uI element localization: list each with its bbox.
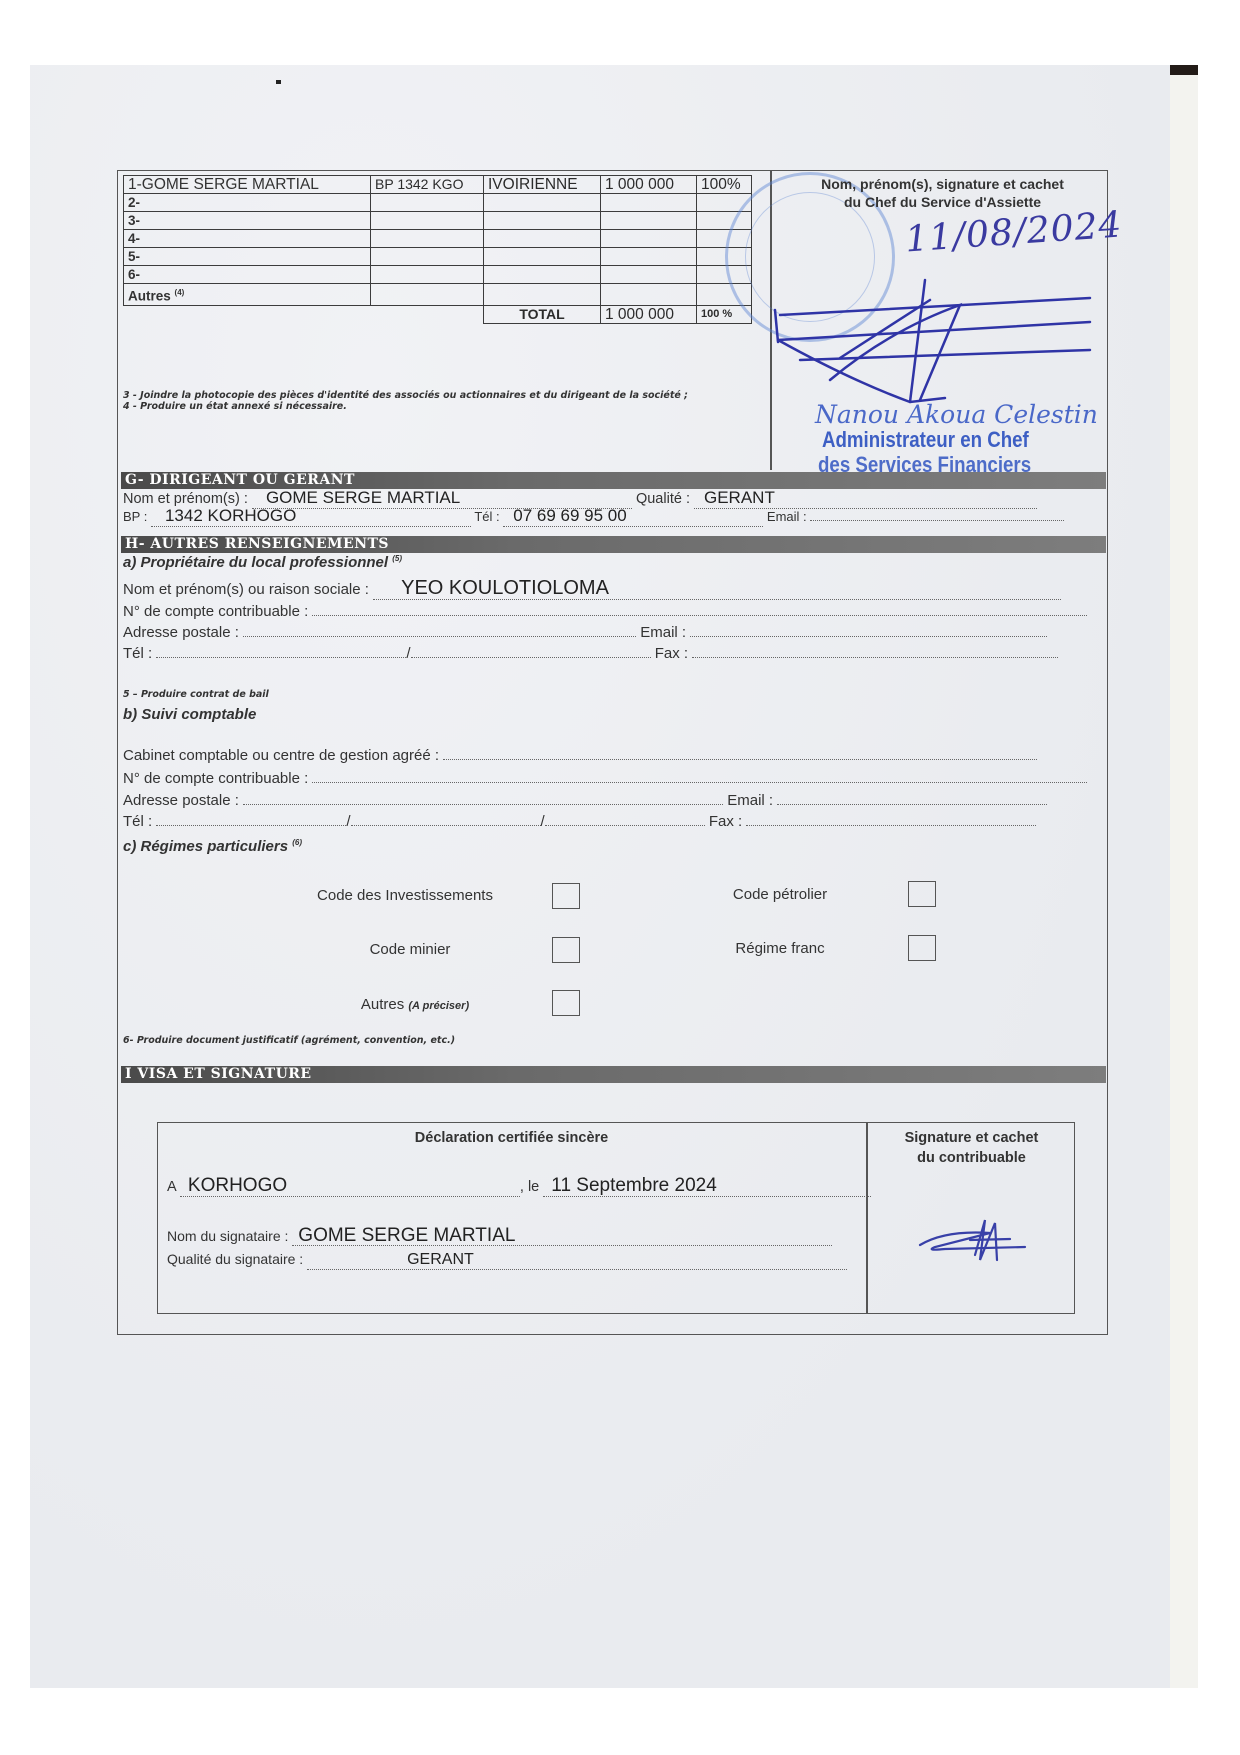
associate-name-cell-text: 2- — [128, 195, 140, 210]
manager-email-label: Email : — [767, 509, 807, 524]
declaration-date-field[interactable]: 11 Septembre 2024 — [543, 1175, 717, 1196]
associate-row: Autres (4) — [124, 284, 752, 306]
associate-amount-cell[interactable] — [601, 284, 697, 306]
associate-address-cell[interactable] — [371, 284, 484, 306]
associate-amount-cell-text: 1 000 000 — [605, 176, 674, 193]
associate-row: 2- — [124, 194, 752, 212]
owner-fax-field[interactable] — [692, 657, 1058, 658]
associate-name-cell: 6- — [124, 266, 371, 284]
chief-title-line1: Nom, prénom(s), signature et cachet — [790, 175, 1095, 193]
blank-cell — [371, 305, 484, 323]
accounting-tel-field-1[interactable] — [156, 825, 346, 826]
declaration-date-label: , le — [520, 1179, 539, 1195]
stamp-role-line2: des Services Financiers — [818, 452, 1031, 478]
associate-address-cell[interactable] — [371, 230, 484, 248]
declaration-place-label: A — [167, 1179, 176, 1195]
page-edge — [1170, 65, 1198, 1688]
owner-email-field[interactable] — [690, 636, 1047, 637]
owner-name-field[interactable]: YEO KOULOTIOLOMA — [373, 577, 609, 599]
accounting-fax-field[interactable] — [746, 825, 1036, 826]
scan-corner-shadow — [1170, 65, 1198, 75]
owner-account-row: N° de compte contribuable : — [123, 603, 1087, 621]
accounting-account-row: N° de compte contribuable : — [123, 770, 1087, 788]
associate-name-cell: 3- — [124, 212, 371, 230]
owner-name-row: Nom et prénom(s) ou raison sociale : YEO… — [123, 579, 1061, 600]
associate-address-cell[interactable] — [371, 212, 484, 230]
associate-percent-cell[interactable]: 100% — [697, 176, 752, 194]
taxpayer-signature-title: Signature et cachet du contribuable — [868, 1128, 1075, 1168]
owner-subtitle-text: a) Propriétaire du local professionnel — [123, 554, 388, 571]
owner-email-label: Email : — [640, 624, 686, 641]
chief-title-line2: du Chef du Service d'Assiette — [790, 193, 1095, 211]
signer-quality-field[interactable]: GERANT — [307, 1251, 474, 1268]
associate-nationality-cell[interactable] — [484, 230, 601, 248]
owner-tel-label: Tél : — [123, 645, 152, 662]
associates-notes: 3 - Joindre la photocopie des pièces d'i… — [123, 390, 743, 412]
taxpayer-signature-title-line1: Signature et cachet — [868, 1128, 1075, 1148]
associate-nationality-cell[interactable] — [484, 248, 601, 266]
associate-footnote-ref: (4) — [175, 288, 185, 297]
associate-row: 6- — [124, 266, 752, 284]
total-label: TOTAL — [484, 305, 601, 323]
regime-label-franc: Régime franc — [700, 940, 860, 957]
owner-name-label: Nom et prénom(s) ou raison sociale : — [123, 581, 369, 598]
manager-tel-field[interactable]: 07 69 69 95 00 — [503, 506, 626, 525]
associate-nationality-cell[interactable] — [484, 212, 601, 230]
regime-checkbox-investissements[interactable] — [552, 883, 580, 909]
taxpayer-signature-icon — [915, 1215, 1035, 1275]
associate-row: 3- — [124, 212, 752, 230]
associate-name-cell-text: Autres — [128, 289, 171, 304]
accounting-tel-field-2[interactable] — [351, 825, 541, 826]
accounting-address-field[interactable] — [243, 804, 723, 805]
owner-address-field[interactable] — [243, 636, 636, 637]
regimes-subtitle-sup: (6) — [292, 838, 302, 847]
associate-amount-cell[interactable] — [601, 194, 697, 212]
associate-row: 5- — [124, 248, 752, 266]
section-h-header: H- AUTRES RENSEIGNEMENTS — [121, 536, 1106, 553]
regimes-subtitle: c) Régimes particuliers (6) — [123, 838, 302, 855]
associate-amount-cell[interactable] — [601, 212, 697, 230]
associate-amount-cell[interactable] — [601, 230, 697, 248]
accounting-cabinet-field[interactable] — [443, 759, 1037, 760]
stamp-role-line1: Administrateur en Chef — [822, 427, 1029, 453]
associate-amount-cell[interactable]: 1 000 000 — [601, 176, 697, 194]
owner-subtitle: a) Propriétaire du local professionnel (… — [123, 554, 402, 571]
regime-label-investissements: Code des Investissements — [290, 887, 520, 904]
owner-tel-field-1[interactable] — [156, 657, 406, 658]
owner-fax-label: Fax : — [655, 645, 688, 662]
accounting-fax-label: Fax : — [709, 813, 742, 830]
manager-bp-label: BP : — [123, 509, 147, 524]
accounting-tel-label: Tél : — [123, 813, 152, 830]
associate-name-cell: 4- — [124, 230, 371, 248]
accounting-email-field[interactable] — [777, 804, 1047, 805]
associate-name-cell-text: 3- — [128, 213, 140, 228]
regime-checkbox-autres[interactable] — [552, 990, 580, 1016]
associate-name-cell: Autres (4) — [124, 284, 371, 306]
signer-quality-row: Qualité du signataire : GERANT — [167, 1250, 847, 1270]
signer-name-label: Nom du signataire : — [167, 1228, 288, 1244]
regime-label-autres-text: Autres — [361, 996, 404, 1013]
owner-account-field[interactable] — [312, 615, 1087, 616]
associates-total-row: TOTAL1 000 000100 % — [124, 305, 752, 323]
associate-name-cell-text: 4- — [128, 231, 140, 246]
section-i-header: I VISA ET SIGNATURE — [121, 1066, 1106, 1083]
scan-speck — [276, 80, 281, 84]
signer-name-row: Nom du signataire : GOME SERGE MARTIAL — [167, 1227, 832, 1246]
owner-tel-field-2[interactable] — [411, 657, 651, 658]
signer-name-field[interactable]: GOME SERGE MARTIAL — [292, 1225, 515, 1246]
associate-name-cell: 1-GOME SERGE MARTIAL — [124, 176, 371, 194]
associate-name-cell: 2- — [124, 194, 371, 212]
note-3: 3 - Joindre la photocopie des pièces d'i… — [123, 390, 743, 401]
blank-cell — [124, 305, 371, 323]
associates-table: 1-GOME SERGE MARTIALBP 1342 KGOIVOIRIENN… — [123, 175, 752, 324]
taxpayer-signature-title-line2: du contribuable — [868, 1148, 1075, 1168]
associate-name-cell-text: 6- — [128, 267, 140, 282]
owner-address-row: Adresse postale : Email : — [123, 624, 1047, 642]
manager-name-field[interactable]: GOME SERGE MARTIAL — [252, 488, 460, 507]
associate-nationality-cell[interactable] — [484, 284, 601, 306]
owner-address-label: Adresse postale : — [123, 624, 239, 641]
accounting-address-row: Adresse postale : Email : — [123, 792, 1047, 810]
associate-address-cell[interactable] — [371, 248, 484, 266]
accounting-tel-field-3[interactable] — [545, 825, 705, 826]
total-amount[interactable]: 1 000 000 — [601, 305, 697, 323]
manager-name-label: Nom et prénom(s) : — [123, 491, 248, 507]
associate-name-cell-text: 5- — [128, 249, 140, 264]
associate-nationality-cell[interactable] — [484, 266, 601, 284]
associate-amount-cell[interactable] — [601, 248, 697, 266]
regime-label-minier: Code minier — [330, 941, 490, 958]
accounting-address-label: Adresse postale : — [123, 792, 239, 809]
associate-row: 1-GOME SERGE MARTIALBP 1342 KGOIVOIRIENN… — [124, 176, 752, 194]
signer-quality-label: Qualité du signataire : — [167, 1251, 303, 1267]
manager-quality-label: Qualité : — [636, 491, 690, 507]
manager-tel-label: Tél : — [474, 509, 499, 524]
associate-address-cell[interactable] — [371, 194, 484, 212]
associate-amount-cell[interactable] — [601, 266, 697, 284]
associate-name-cell-text: 1-GOME SERGE MARTIAL — [128, 176, 319, 193]
regime-label-autres: Autres (A préciser) — [330, 996, 500, 1013]
regimes-note: 6- Produire document justificatif (agrém… — [123, 1035, 455, 1046]
associate-row: 4- — [124, 230, 752, 248]
chief-box-title: Nom, prénom(s), signature et cachet du C… — [790, 175, 1095, 211]
declaration-place-date-row: A KORHOGO, le 11 Septembre 2024 — [167, 1177, 871, 1197]
associate-address-cell[interactable] — [371, 266, 484, 284]
regime-checkbox-petrolier[interactable] — [908, 881, 936, 907]
note-4: 4 - Produire un état annexé si nécessair… — [123, 401, 743, 412]
owner-tel-row: Tél : / Fax : — [123, 645, 1058, 663]
associate-nationality-cell-text: IVOIRIENNE — [488, 176, 578, 193]
associate-address-cell-text: BP 1342 KGO — [375, 176, 463, 192]
associate-name-cell: 5- — [124, 248, 371, 266]
associate-nationality-cell[interactable]: IVOIRIENNE — [484, 176, 601, 194]
stamp-signatory-name: Nanou Akoua Celestin — [815, 400, 1098, 429]
accounting-account-label: N° de compte contribuable : — [123, 770, 308, 787]
owner-subtitle-sup: (5) — [392, 554, 402, 563]
chief-signature-icon — [770, 270, 1100, 420]
regime-checkbox-minier[interactable] — [552, 937, 580, 963]
accounting-cabinet-row: Cabinet comptable ou centre de gestion a… — [123, 747, 1037, 765]
owner-note: 5 – Produire contrat de bail — [123, 689, 269, 700]
owner-account-label: N° de compte contribuable : — [123, 603, 308, 620]
declaration-place-field[interactable]: KORHOGO — [180, 1175, 287, 1196]
regime-label-autres-note: (A préciser) — [408, 1000, 469, 1012]
regimes-subtitle-text: c) Régimes particuliers — [123, 838, 288, 855]
regime-label-petrolier: Code pétrolier — [700, 886, 860, 903]
accounting-tel-row: Tél : // Fax : — [123, 813, 1036, 831]
regime-checkbox-franc[interactable] — [908, 935, 936, 961]
declaration-title: Déclaration certifiée sincère — [157, 1130, 866, 1146]
accounting-subtitle: b) Suivi comptable — [123, 706, 256, 723]
accounting-cabinet-label: Cabinet comptable ou centre de gestion a… — [123, 747, 439, 764]
associate-percent-cell-text: 100% — [701, 176, 741, 193]
accounting-email-label: Email : — [727, 792, 773, 809]
manager-quality-field[interactable]: GERANT — [694, 488, 775, 507]
associate-nationality-cell[interactable] — [484, 194, 601, 212]
accounting-account-field[interactable] — [312, 782, 1087, 783]
associate-address-cell[interactable]: BP 1342 KGO — [371, 176, 484, 194]
manager-contact-row: BP : 1342 KORHOGO Tél : 07 69 69 95 00 E… — [123, 507, 1064, 527]
manager-bp-field[interactable]: 1342 KORHOGO — [151, 506, 296, 525]
